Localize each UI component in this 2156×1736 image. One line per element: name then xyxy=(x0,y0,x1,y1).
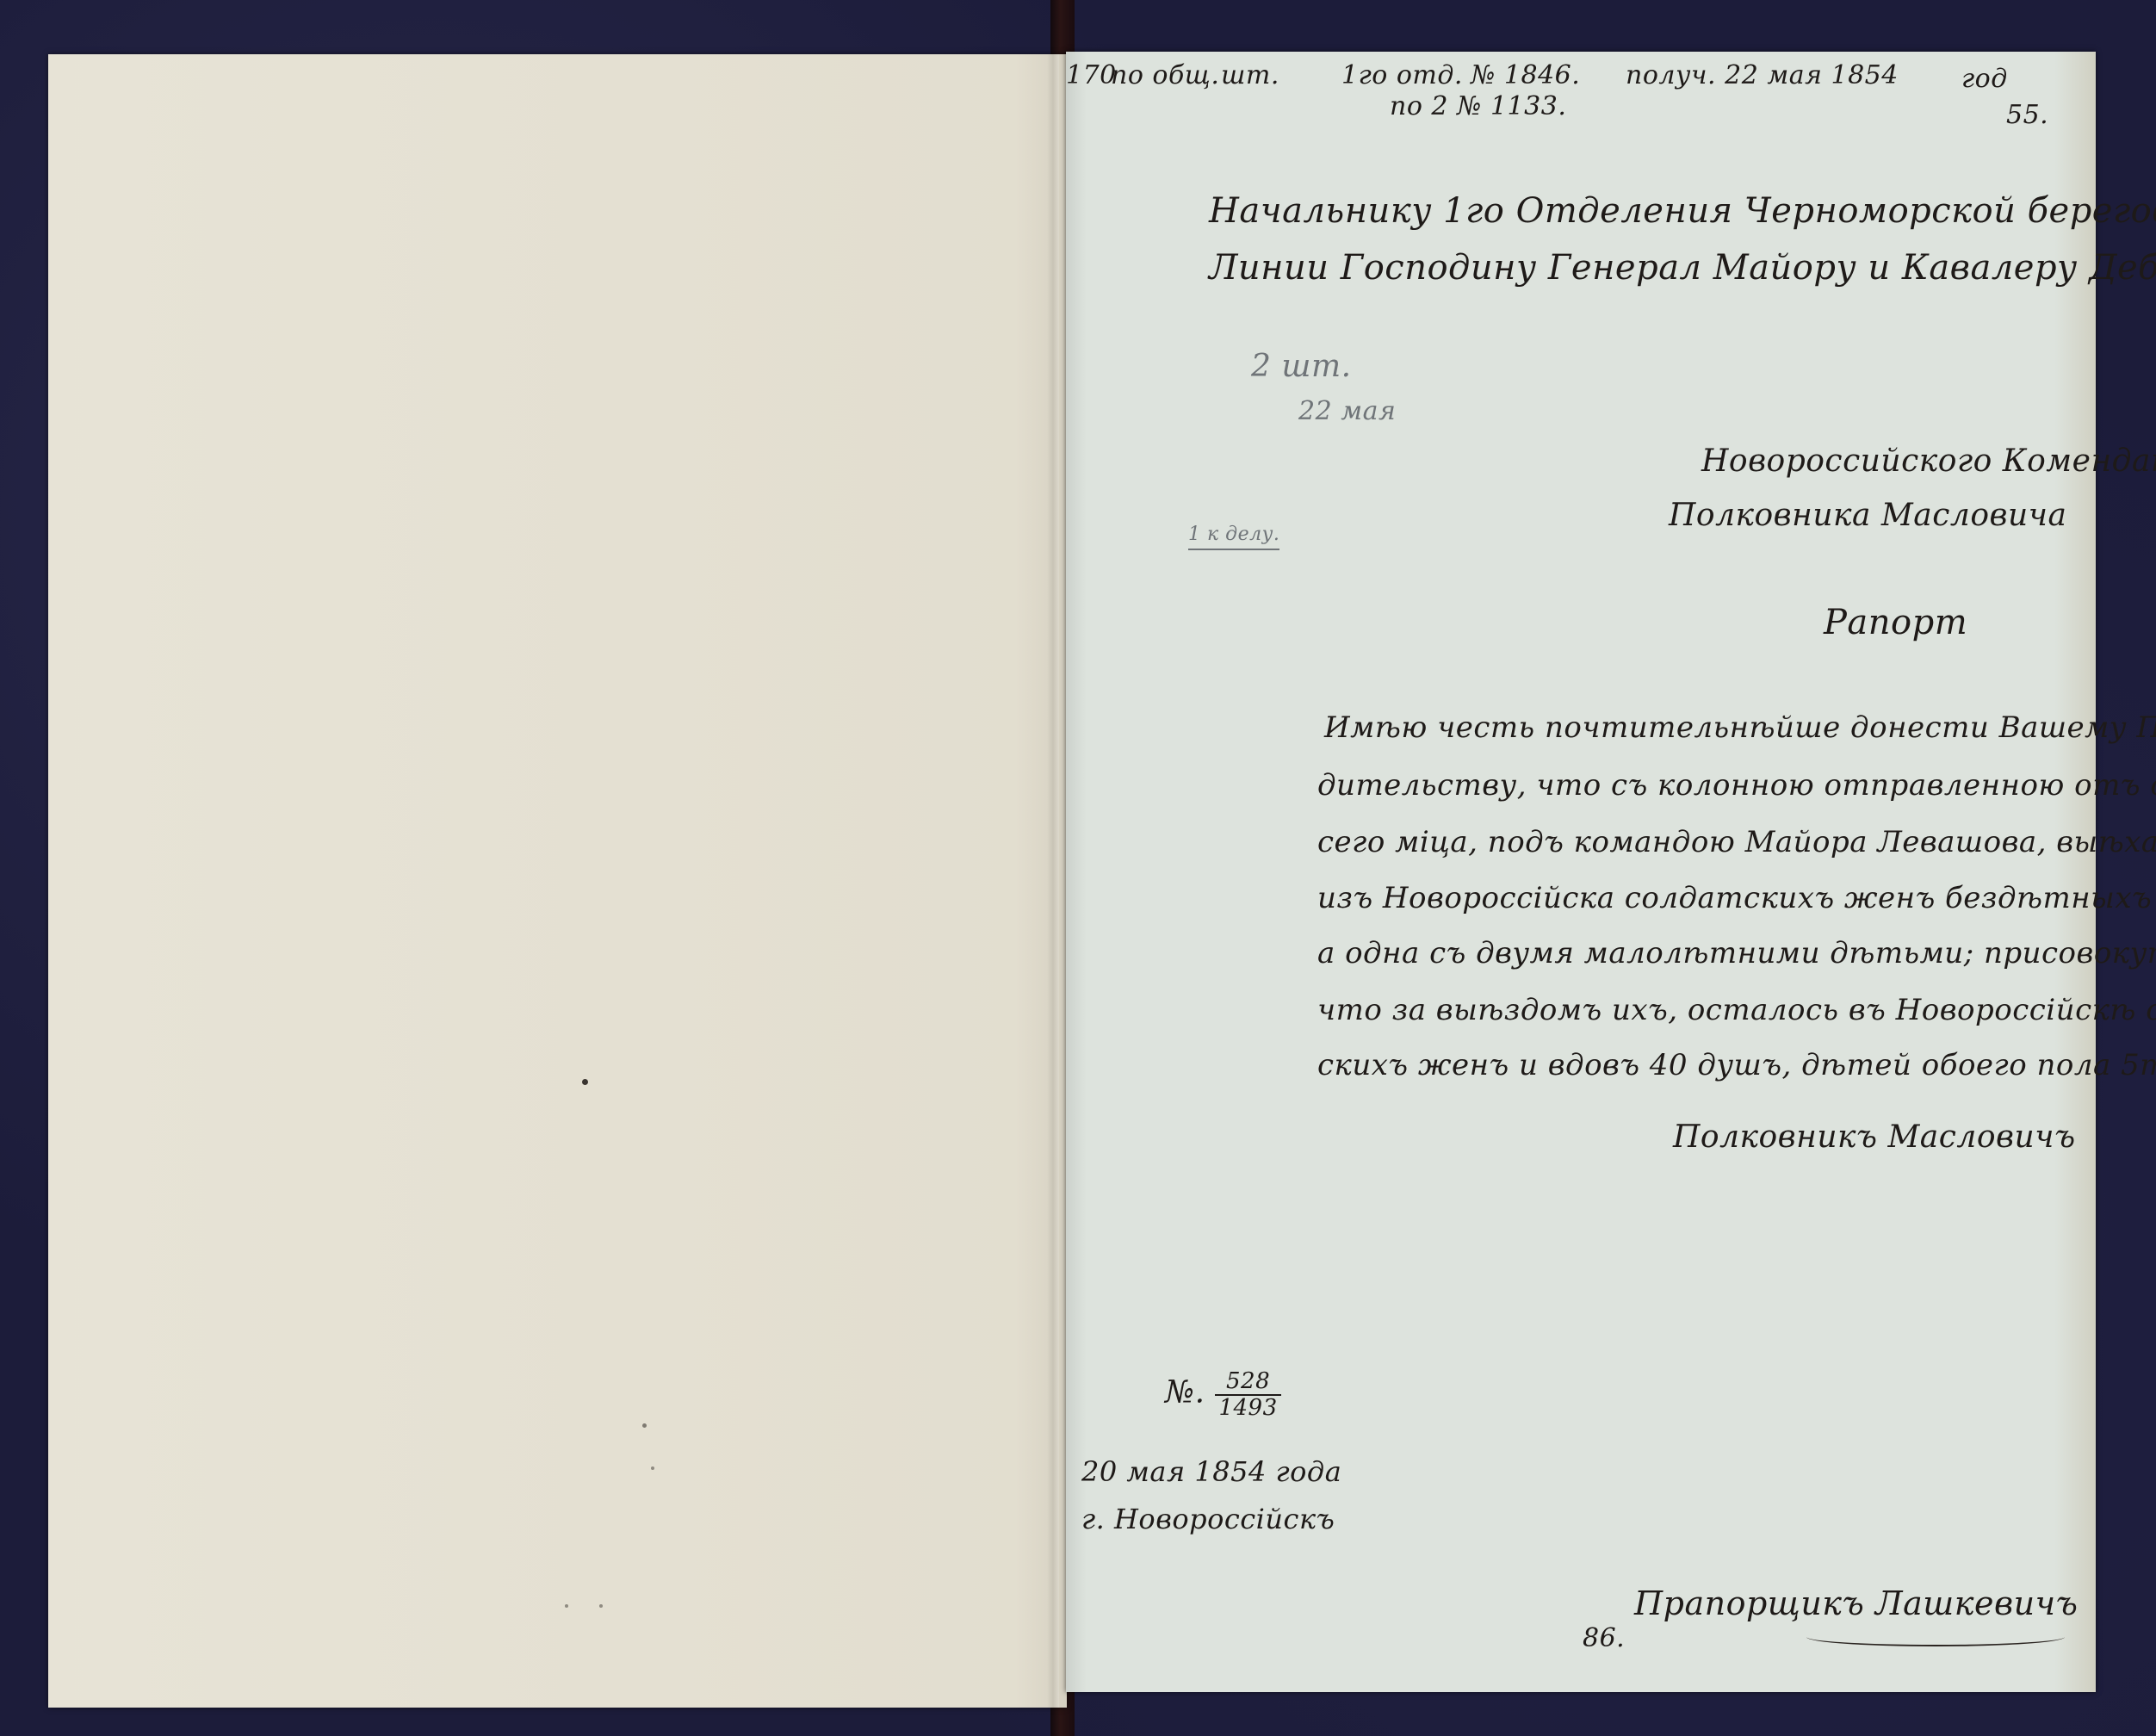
commandant-signature: Полковникъ Масловичъ xyxy=(1673,1119,2076,1155)
header-segment: шт. xyxy=(1221,60,1279,90)
sender-line: Полковника Масловича xyxy=(1669,498,2067,533)
header-segment: 1го отд. xyxy=(1341,60,1463,90)
pencil-note-filing: 1 к делу. xyxy=(1188,524,1279,550)
dispatch-date: 20 мая 1854 года xyxy=(1081,1455,1341,1488)
page-number: 86. xyxy=(1583,1623,1625,1653)
incoming-number: № 1846. xyxy=(1471,60,1580,90)
ink-speck xyxy=(599,1604,603,1608)
header-segment: год xyxy=(1961,64,2008,94)
body-line: изъ Новороссійска солдатскихъ женъ бездѣ… xyxy=(1317,881,2156,915)
right-page-report: 170 по общ. шт. 1го отд. № 1846. получ. … xyxy=(1066,52,2096,1692)
pencil-note: 22 мая xyxy=(1298,396,1396,426)
ensign-signature: Прапорщикъ Лашкевичъ xyxy=(1634,1584,2079,1622)
number-fraction: 528 1493 xyxy=(1215,1369,1280,1420)
page-fold-shadow xyxy=(1047,54,1059,1708)
body-line: скихъ женъ и вдовъ 40 душъ, дѣтей обоего… xyxy=(1317,1048,2156,1082)
report-title: Рапорт xyxy=(1824,603,1967,642)
sender-line: Новороссийского Коменданта xyxy=(1701,443,2156,479)
pencil-note: 2 шт. xyxy=(1251,349,1352,384)
reference-number: №. 528 1493 xyxy=(1165,1369,1281,1420)
addressee-line: Начальнику 1го Отделения Черноморской бе… xyxy=(1209,191,2156,231)
outgoing-number: 528 xyxy=(1215,1369,1280,1396)
body-line: дительству, что съ колонною отправленною… xyxy=(1317,768,2156,803)
signature-flourish xyxy=(1806,1627,2065,1646)
number-sign: №. xyxy=(1165,1375,1205,1410)
ink-speck xyxy=(651,1466,654,1470)
sheet-number: 55. xyxy=(2006,100,2048,130)
dispatch-place: г. Новороссійскъ xyxy=(1081,1503,1335,1535)
ink-speck xyxy=(582,1079,588,1085)
journal-number: 1493 xyxy=(1215,1396,1280,1421)
received-date: получ. 22 мая 1854 xyxy=(1626,60,1899,90)
ink-speck xyxy=(642,1423,647,1428)
ink-speck xyxy=(565,1604,568,1608)
addressee-line: Линии Господину Генерал Майору и Кавалер… xyxy=(1209,248,2156,288)
body-line: а одна съ двумя малолѣтними дѣтьми; прис… xyxy=(1317,936,2156,970)
body-line: что за выѣздомъ ихъ, осталось въ Новорос… xyxy=(1317,993,2156,1027)
folio-number: 170 xyxy=(1066,60,1117,90)
secondary-number: по 2 № 1133. xyxy=(1390,91,1566,121)
header-segment: по общ. xyxy=(1111,60,1219,90)
body-line: сего міца, подъ командою Майора Левашова… xyxy=(1317,825,2156,859)
body-line: Имѣю честь почтительнѣйше донести Вашему… xyxy=(1324,710,2156,745)
left-page-blank xyxy=(48,54,1067,1708)
